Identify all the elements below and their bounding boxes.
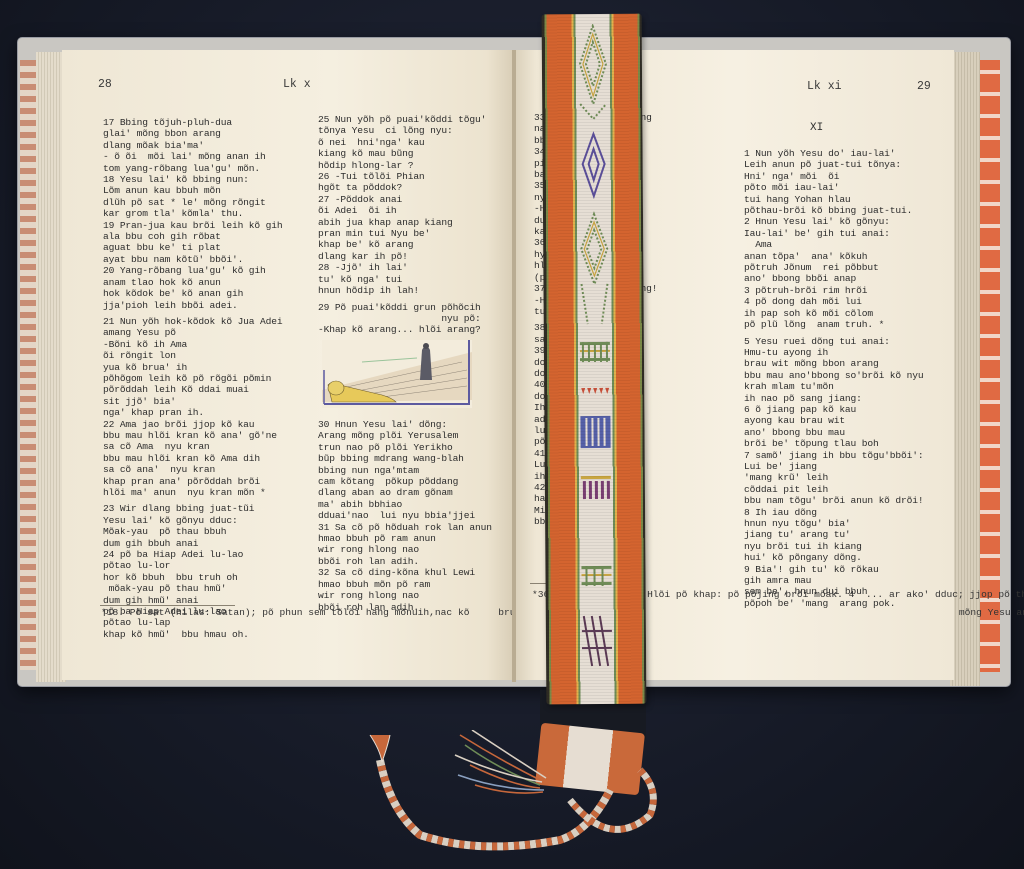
text-line: Lui be' jiang <box>744 461 923 472</box>
text-line: dlang kar ih põ! <box>318 251 486 262</box>
text-line: 22 Ama jao brõi jjop kõ kau <box>103 419 282 430</box>
text-line: -Khap kõ arang... hlõi arang? <box>318 324 486 335</box>
text-line: Ama <box>744 239 923 250</box>
text-line: brau wit mõng bbon arang <box>744 358 923 369</box>
text-line: hmao bbuh põ ram anun <box>318 533 492 544</box>
woven-bookmark[interactable] <box>542 14 647 705</box>
text-line: 7 samõ' jiang ih bbu tõgu'bbõi': <box>744 450 923 461</box>
text-line: hok kõdok be' kõ anan gih <box>103 288 282 299</box>
text-line: dlang mõak bia'ma' <box>103 140 282 151</box>
text-line: 'mang krũ' leih <box>744 472 923 483</box>
text-line: ano' bbong bbõi anap <box>744 273 923 284</box>
text-line: sit jjõ' bia' <box>103 396 282 407</box>
text-line: 27 -Põddok anai <box>318 194 486 205</box>
running-head-right: Lk xi <box>807 80 842 93</box>
text-line: hnun hõdip ih lah! <box>318 285 486 296</box>
text-line: dlũh põ sat * le' mõng rõngit <box>103 197 282 208</box>
text-line: ala bbu coh gih rõbat <box>103 231 282 242</box>
text-line: khap kõ hmũ' bbu hmau oh. <box>103 629 282 640</box>
text-line: 17 Bbing tõjuh-pluh-dua <box>103 117 282 128</box>
text-line: wir rong hlong nao <box>318 590 492 601</box>
text-line: hui' kõ põngany dõng. <box>744 552 923 563</box>
text-line: sa cõ ana' nyu kran <box>103 464 282 475</box>
text-line: ma' abih bbhiao <box>318 499 492 510</box>
text-line: tõnya Yesu ci lõng nyu: <box>318 125 486 136</box>
text-line: 3 põtruh-brõi rim hrõi <box>744 285 923 296</box>
text-line: 23 Wir dlang bbing juat-tũi <box>103 503 282 514</box>
text-line: 24 põ ba Hiap Adei lu-lao <box>103 549 282 560</box>
text-line: dlang aban ao dram gõnam <box>318 487 492 498</box>
text-line: hmao bbuh mõn põ ram <box>318 579 492 590</box>
text-line: - õ õi mõi lai' mõng anan ih <box>103 151 282 162</box>
footnote-rule-left <box>100 605 235 606</box>
bookmark-diamond-motif <box>576 24 612 334</box>
left-page-column-2-top: 25 Nun yõh põ puai'kõddi tõgu'tõnya Yesu… <box>318 114 486 336</box>
text-line: 25 Nun yõh põ puai'kõddi tõgu' <box>318 114 486 125</box>
text-line: bbu mau hlõi kran kõ Ama dih <box>103 453 282 464</box>
text-line: yua kõ brua' ih <box>103 362 282 373</box>
book-gutter <box>512 50 516 682</box>
text-line: bũp bbing mdrang wang-blah <box>318 453 492 464</box>
text-line: amang Yesu põ <box>103 327 282 338</box>
bookmark-block-motifs <box>578 336 614 686</box>
text-line: cam kõtang põkup põddang <box>318 476 492 487</box>
text-line: ayat bbu nam kõtũ' bbõi'. <box>103 254 282 265</box>
text-line: põrõddah leih Kõ ddai muai <box>103 384 282 395</box>
text-line: cõddai pit leih <box>744 484 923 495</box>
text-line: Hmu-tu ayong ih <box>744 347 923 358</box>
text-line: tu' kõ nga' tui <box>318 274 486 285</box>
text-line: sa cõ Ama nyu kran <box>103 441 282 452</box>
cover-edge-right-floral-border <box>978 60 1000 672</box>
text-line: Arang mõng plõi Yerusalem <box>318 430 492 441</box>
right-page-column-2: 1 Nun yõh Yesu do' iau-lai'Leih anun põ … <box>744 148 923 609</box>
text-line: 21 Nun yõh hok-kõdok kõ Jua Adei <box>103 316 282 327</box>
text-line: 6 õ jiang pap kõ kau <box>744 404 923 415</box>
text-line: tui hang Yohan hlau <box>744 194 923 205</box>
text-line: 2 Hnun Yesu lai' kõ gõnyu: <box>744 216 923 227</box>
text-line: pran min tui Nyu be' <box>318 228 486 239</box>
text-line: põtruh Jõnum rei põbbut <box>744 262 923 273</box>
text-line: Lõm anun kau bbuh mõn <box>103 185 282 196</box>
text-line: Hni' nga' mõi õi <box>744 171 923 182</box>
text-line: kar grom tla' kõmla' thu. <box>103 208 282 219</box>
page-number-left: 28 <box>98 78 112 91</box>
text-line: hgõt ta põddok? <box>318 182 486 193</box>
text-line: hõdip hlong-lar ? <box>318 160 486 171</box>
text-line: hlõi ma' anun nyu kran mõn * <box>103 487 282 498</box>
text-line: põtao lu-lap <box>103 617 282 628</box>
text-line: põtao lu-lor <box>103 560 282 571</box>
text-line: põ plũ lõng anam truh. * <box>744 319 923 330</box>
text-line: hor kõ bbuh bbu truh oh <box>103 572 282 583</box>
text-line: õi rõngit lon <box>103 350 282 361</box>
text-line: nyu põ: <box>318 313 486 324</box>
text-line: ih pap soh kõ mõi cõlom <box>744 308 923 319</box>
text-line: põthau-brõi kõ bbing juat-tui. <box>744 205 923 216</box>
text-line: mõak-yau põ thau hmũ' <box>103 583 282 594</box>
text-line: nyu brõi tui ih kiang <box>744 541 923 552</box>
text-line: abih jua khap anap kiang <box>318 217 486 228</box>
text-line: 31 Sa cõ põ hõduah rok lan anun <box>318 522 492 533</box>
text-line: dduai'nao lui nyu bbia'jjei <box>318 510 492 521</box>
text-line: 20 Yang-rõbang lua'gu' kõ gih <box>103 265 282 276</box>
text-line: 26 -Tui tõlõi Phian <box>318 171 486 182</box>
text-line: khap pran ana' põrõddah brõi <box>103 476 282 487</box>
text-line: tom yang-rõbang lua'gu' mõn. <box>103 163 282 174</box>
text-line: 18 Yesu lai' kõ bbing nun: <box>103 174 282 185</box>
text-line: Iau-lai' be' gih tui anai: <box>744 228 923 239</box>
text-line: jiang tu' arang tu' <box>744 529 923 540</box>
text-line: bbõi roh lan adih. <box>318 556 492 567</box>
text-line: õi Adei õi ih <box>318 205 486 216</box>
text-line: 4 põ dong dah mõi lui <box>744 296 923 307</box>
left-page-column-1: 17 Bbing tõjuh-pluh-duaglai' mõng bbon a… <box>103 117 282 640</box>
bookmark-braided-cords-and-tassel <box>360 730 670 860</box>
text-line: krah mlam tu'mõn <box>744 381 923 392</box>
text-line: Leih anun põ juat-tui tõnya: <box>744 159 923 170</box>
chapter-heading: XI <box>810 122 823 134</box>
running-head-left: Lk x <box>283 78 311 91</box>
illustration-wounded-man <box>322 340 472 408</box>
text-line: nga' khap pran ih. <box>103 407 282 418</box>
text-line: trun nao põ plõi Yerikho <box>318 442 492 453</box>
text-line: bbu nam tõgu' brõi anun kõ drõi! <box>744 495 923 506</box>
text-line: anam tlao hok kõ anun <box>103 277 282 288</box>
text-line: dum gih bbuh anai <box>103 538 282 549</box>
text-line: bbu mau ano'bbong so'brõi kõ nyu <box>744 370 923 381</box>
text-line: brõi be' tõpung tlau boh <box>744 438 923 449</box>
text-line: -Bõni kõ ih Ama <box>103 339 282 350</box>
text-line: bbing nun nga'mtam <box>318 465 492 476</box>
page-number-right: 29 <box>917 80 931 93</box>
text-line: ano' bbong bbu mau <box>744 427 923 438</box>
text-line: 29 Põ puai'kõddi grun põhõcih <box>318 302 486 313</box>
text-line: 8 Ih iau dõng <box>744 507 923 518</box>
text-line: kiang kõ mau bũng <box>318 148 486 159</box>
text-line: anan tõpa' ana' kõkuh <box>744 251 923 262</box>
text-line: ayong kau brau wit <box>744 415 923 426</box>
text-line: Mõak-yau põ thau bbuh <box>103 526 282 537</box>
text-line: khap be' kõ arang <box>318 239 486 250</box>
text-line: 9 Bia'! gih tu' kõ rõkau <box>744 564 923 575</box>
text-line: põto mõi iau-lai' <box>744 182 923 193</box>
text-line: 28 -Jjõ' ih lai' <box>318 262 486 273</box>
text-line: 1 Nun yõh Yesu do' iau-lai' <box>744 148 923 159</box>
text-line: Yesu lai' kõ gõnyu dduc: <box>103 515 282 526</box>
text-line: 5 Yesu ruei dõng tui anai: <box>744 336 923 347</box>
text-line: ih nao põ sang jiang: <box>744 393 923 404</box>
text-line: bbu mau hlõi kran kõ ana' gõ'ne <box>103 430 282 441</box>
text-line: 30 Hnun Yesu lai' dõng: <box>318 419 492 430</box>
text-line: aguat bbu ke' ti plat <box>103 242 282 253</box>
text-line: 19 Pran-jua kau brõi leih kõ gih <box>103 220 282 231</box>
text-line: wir rong hlong nao <box>318 544 492 555</box>
text-line: 4 ... ar ako' dduc; jjop põ thau reih. <box>843 589 1024 600</box>
text-line: õ nei hni'nga' kau <box>318 137 486 148</box>
text-line: jja'pioh leih bbõi adei. <box>103 300 282 311</box>
text-line: *18. Põ sat (hilas: Satan); põ phun sem … <box>101 607 469 618</box>
text-line: hnun nyu tõgu' bia' <box>744 518 923 529</box>
text-line: 32 Sa cõ ding-kõna khul Lewi <box>318 567 492 578</box>
text-line: põhõgom leih kõ põ rõgõi põmin <box>103 373 282 384</box>
text-line: glai' mõng bbon arang <box>103 128 282 139</box>
left-page-column-2-bottom: 30 Hnun Yesu lai' dõng:Arang mõng plõi Y… <box>318 419 492 613</box>
text-line: gih amra mau <box>744 575 923 586</box>
